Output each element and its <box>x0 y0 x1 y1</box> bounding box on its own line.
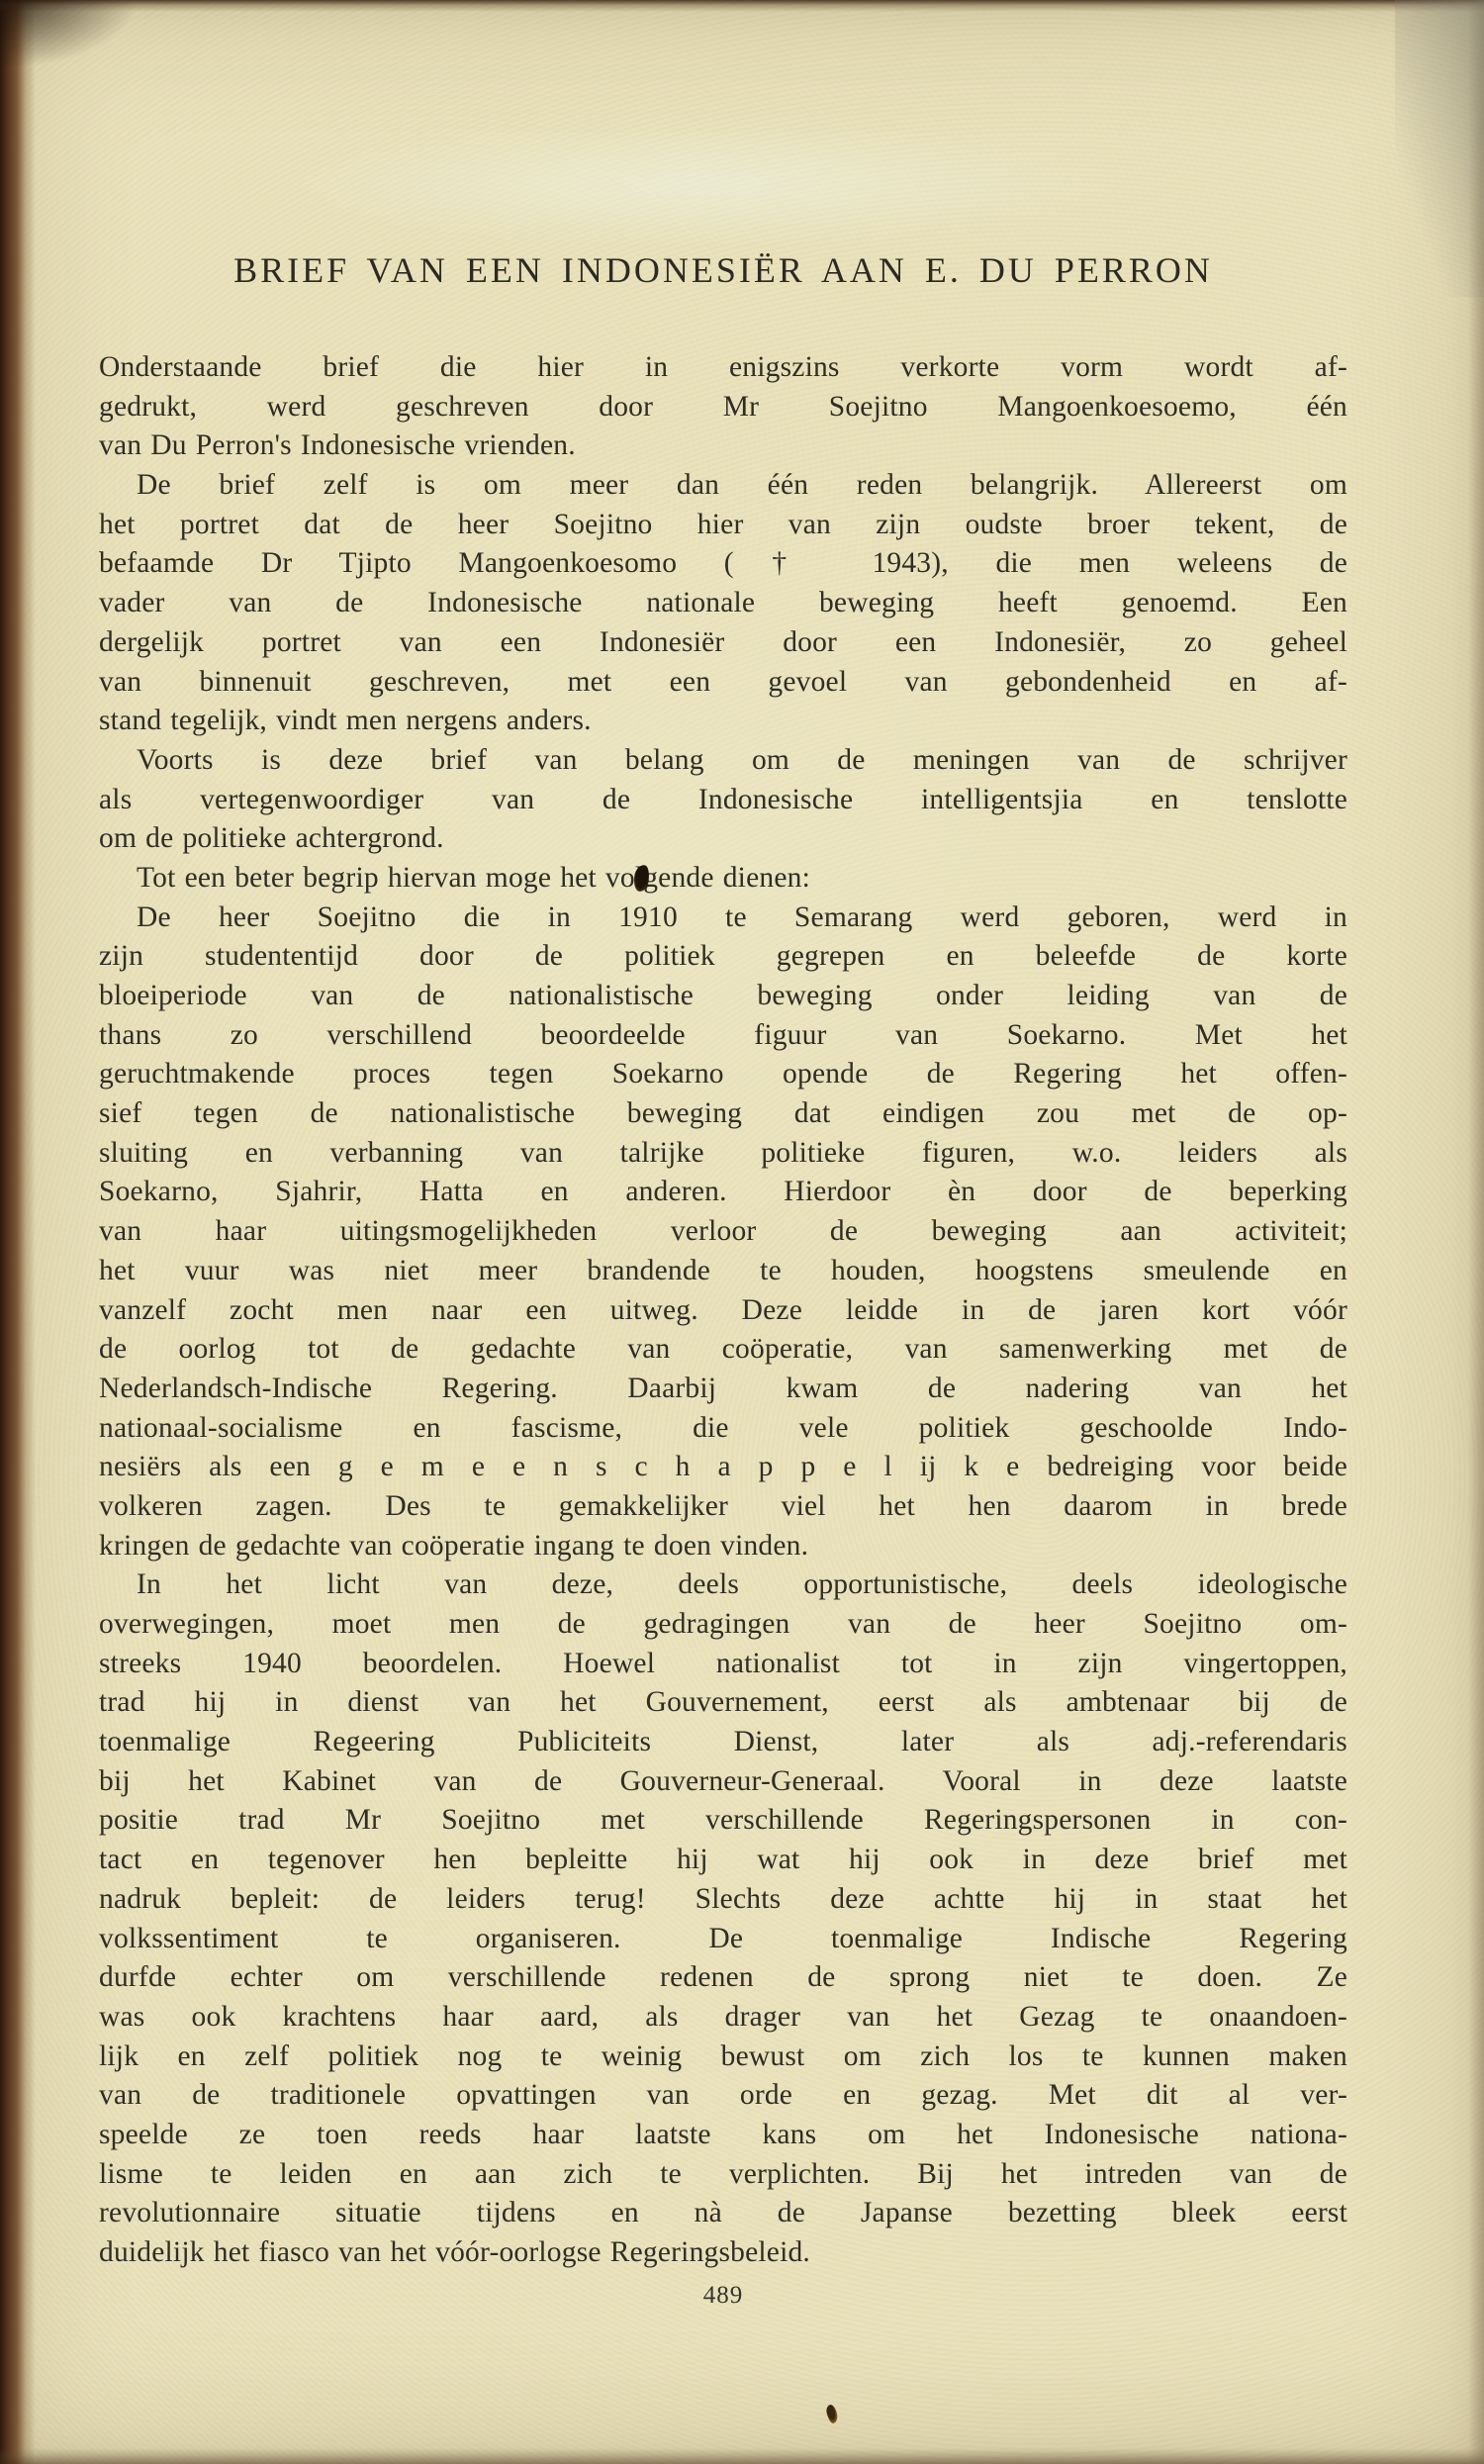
text-line: van Du Perron's Indonesische vrienden. <box>99 426 1347 466</box>
text-line: lisme te leiden en aan zich te verplicht… <box>99 2155 1347 2195</box>
text-line: thans zo verschillend beoordeelde figuur… <box>99 1016 1347 1056</box>
page-title: BRIEF VAN EEN INDONESIËR AAN E. DU PERRO… <box>99 249 1347 291</box>
page-edge-right <box>1468 0 1484 2464</box>
text-line: kringen de gedachte van coöperatie ingan… <box>99 1527 1347 1566</box>
text-line: het portret dat de heer Soejitno hier va… <box>99 506 1347 545</box>
text-line: De brief zelf is om meer dan één reden b… <box>99 466 1347 506</box>
text-line: nadruk bepleit: de leiders terug! Slecht… <box>99 1880 1347 1920</box>
text-line: van de traditionele opvattingen van orde… <box>99 2076 1347 2116</box>
text-line: volkssentiment te organiseren. De toenma… <box>99 1920 1347 1959</box>
page-edge-bottom <box>0 2448 1484 2464</box>
text-line: tact en tegenover hen bepleitte hij wat … <box>99 1841 1347 1880</box>
text-line: de oorlog tot de gedachte van coöperatie… <box>99 1330 1347 1370</box>
text-line: speelde ze toen reeds haar laatste kans … <box>99 2116 1347 2155</box>
text-line: Voorts is deze brief van belang om de me… <box>99 741 1347 781</box>
page-number: 489 <box>99 2282 1347 2310</box>
text-line: Onderstaande brief die hier in enigszins… <box>99 348 1347 388</box>
text-line: dergelijk portret van een Indonesiër doo… <box>99 623 1347 663</box>
page-body: Onderstaande brief die hier in enigszins… <box>99 348 1347 2273</box>
text-line: lijk en zelf politiek nog te weinig bewu… <box>99 2038 1347 2077</box>
text-line: Tot een beter begrip hiervan moge het vo… <box>99 859 1347 899</box>
text-line: De heer Soejitno die in 1910 te Semarang… <box>99 899 1347 938</box>
text-line: zijn studententijd door de politiek gegr… <box>99 937 1347 977</box>
text-line: van binnenuit geschreven, met een gevoel… <box>99 663 1347 703</box>
text-line: toenmalige Regeering Publiciteits Dienst… <box>99 1723 1347 1762</box>
text-line: Soekarno, Sjahrir, Hatta en anderen. Hie… <box>99 1173 1347 1212</box>
text-line: overwegingen, moet men de gedragingen va… <box>99 1605 1347 1645</box>
text-line: geruchtmakende proces tegen Soekarno ope… <box>99 1055 1347 1094</box>
paragraph: Onderstaande brief die hier in enigszins… <box>99 348 1347 466</box>
text-line: nesiërs als een g e m e e n s c h a p p … <box>99 1448 1347 1487</box>
scan-corner-shadow <box>1395 0 1484 297</box>
text-line: om de politieke achtergrond. <box>99 819 1347 859</box>
text-line: gedrukt, werd geschreven door Mr Soejitn… <box>99 388 1347 427</box>
text-line: vanzelf zocht men naar een uitweg. Deze … <box>99 1291 1347 1331</box>
paragraph: Voorts is deze brief van belang om de me… <box>99 741 1347 859</box>
text-line: bloeiperiode van de nationalistische bew… <box>99 977 1347 1016</box>
text-line: duidelijk het fiasco van het vóór-oorlog… <box>99 2233 1347 2273</box>
text-line: was ook krachtens haar aard, als drager … <box>99 1998 1347 2038</box>
text-line: bij het Kabinet van de Gouverneur-Genera… <box>99 1762 1347 1802</box>
text-line: Nederlandsch-Indische Regering. Daarbij … <box>99 1370 1347 1409</box>
text-line: durfde echter om verschillende redenen d… <box>99 1958 1347 1998</box>
text-line: als vertegenwoordiger van de Indonesisch… <box>99 781 1347 820</box>
paragraph: Tot een beter begrip hiervan moge het vo… <box>99 859 1347 899</box>
text-line: trad hij in dienst van het Gouvernement,… <box>99 1683 1347 1723</box>
spine-corner-shadow <box>0 0 139 69</box>
paper-speck <box>825 2404 839 2424</box>
paragraph: De brief zelf is om meer dan één reden b… <box>99 466 1347 741</box>
paragraph: De heer Soejitno die in 1910 te Semarang… <box>99 899 1347 1566</box>
scanned-book-page: BRIEF VAN EEN INDONESIËR AAN E. DU PERRO… <box>0 0 1484 2464</box>
text-line: vader van de Indonesische nationale bewe… <box>99 584 1347 623</box>
text-line: streeks 1940 beoordelen. Hoewel national… <box>99 1645 1347 1684</box>
text-line: befaamde Dr Tjipto Mangoenkoesomo († 194… <box>99 544 1347 584</box>
text-line: sluiting en verbanning van talrijke poli… <box>99 1134 1347 1174</box>
text-line: volkeren zagen. Des te gemakkelijker vie… <box>99 1487 1347 1527</box>
text-line: stand tegelijk, vindt men nergens anders… <box>99 702 1347 741</box>
text-line: van haar uitingsmogelijkheden verloor de… <box>99 1212 1347 1252</box>
text-line: sief tegen de nationalistische beweging … <box>99 1094 1347 1134</box>
text-line: revolutionnaire situatie tijdens en nà d… <box>99 2194 1347 2233</box>
text-line: het vuur was niet meer brandende te houd… <box>99 1252 1347 1291</box>
text-line: positie trad Mr Soejitno met verschillen… <box>99 1801 1347 1841</box>
page-edge-left <box>0 0 36 2464</box>
paragraph: In het licht van deze, deels opportunist… <box>99 1565 1347 2272</box>
page-edge-top <box>0 0 1484 12</box>
text-line: In het licht van deze, deels opportunist… <box>99 1565 1347 1605</box>
text-line: nationaal-socialisme en fascisme, die ve… <box>99 1409 1347 1449</box>
